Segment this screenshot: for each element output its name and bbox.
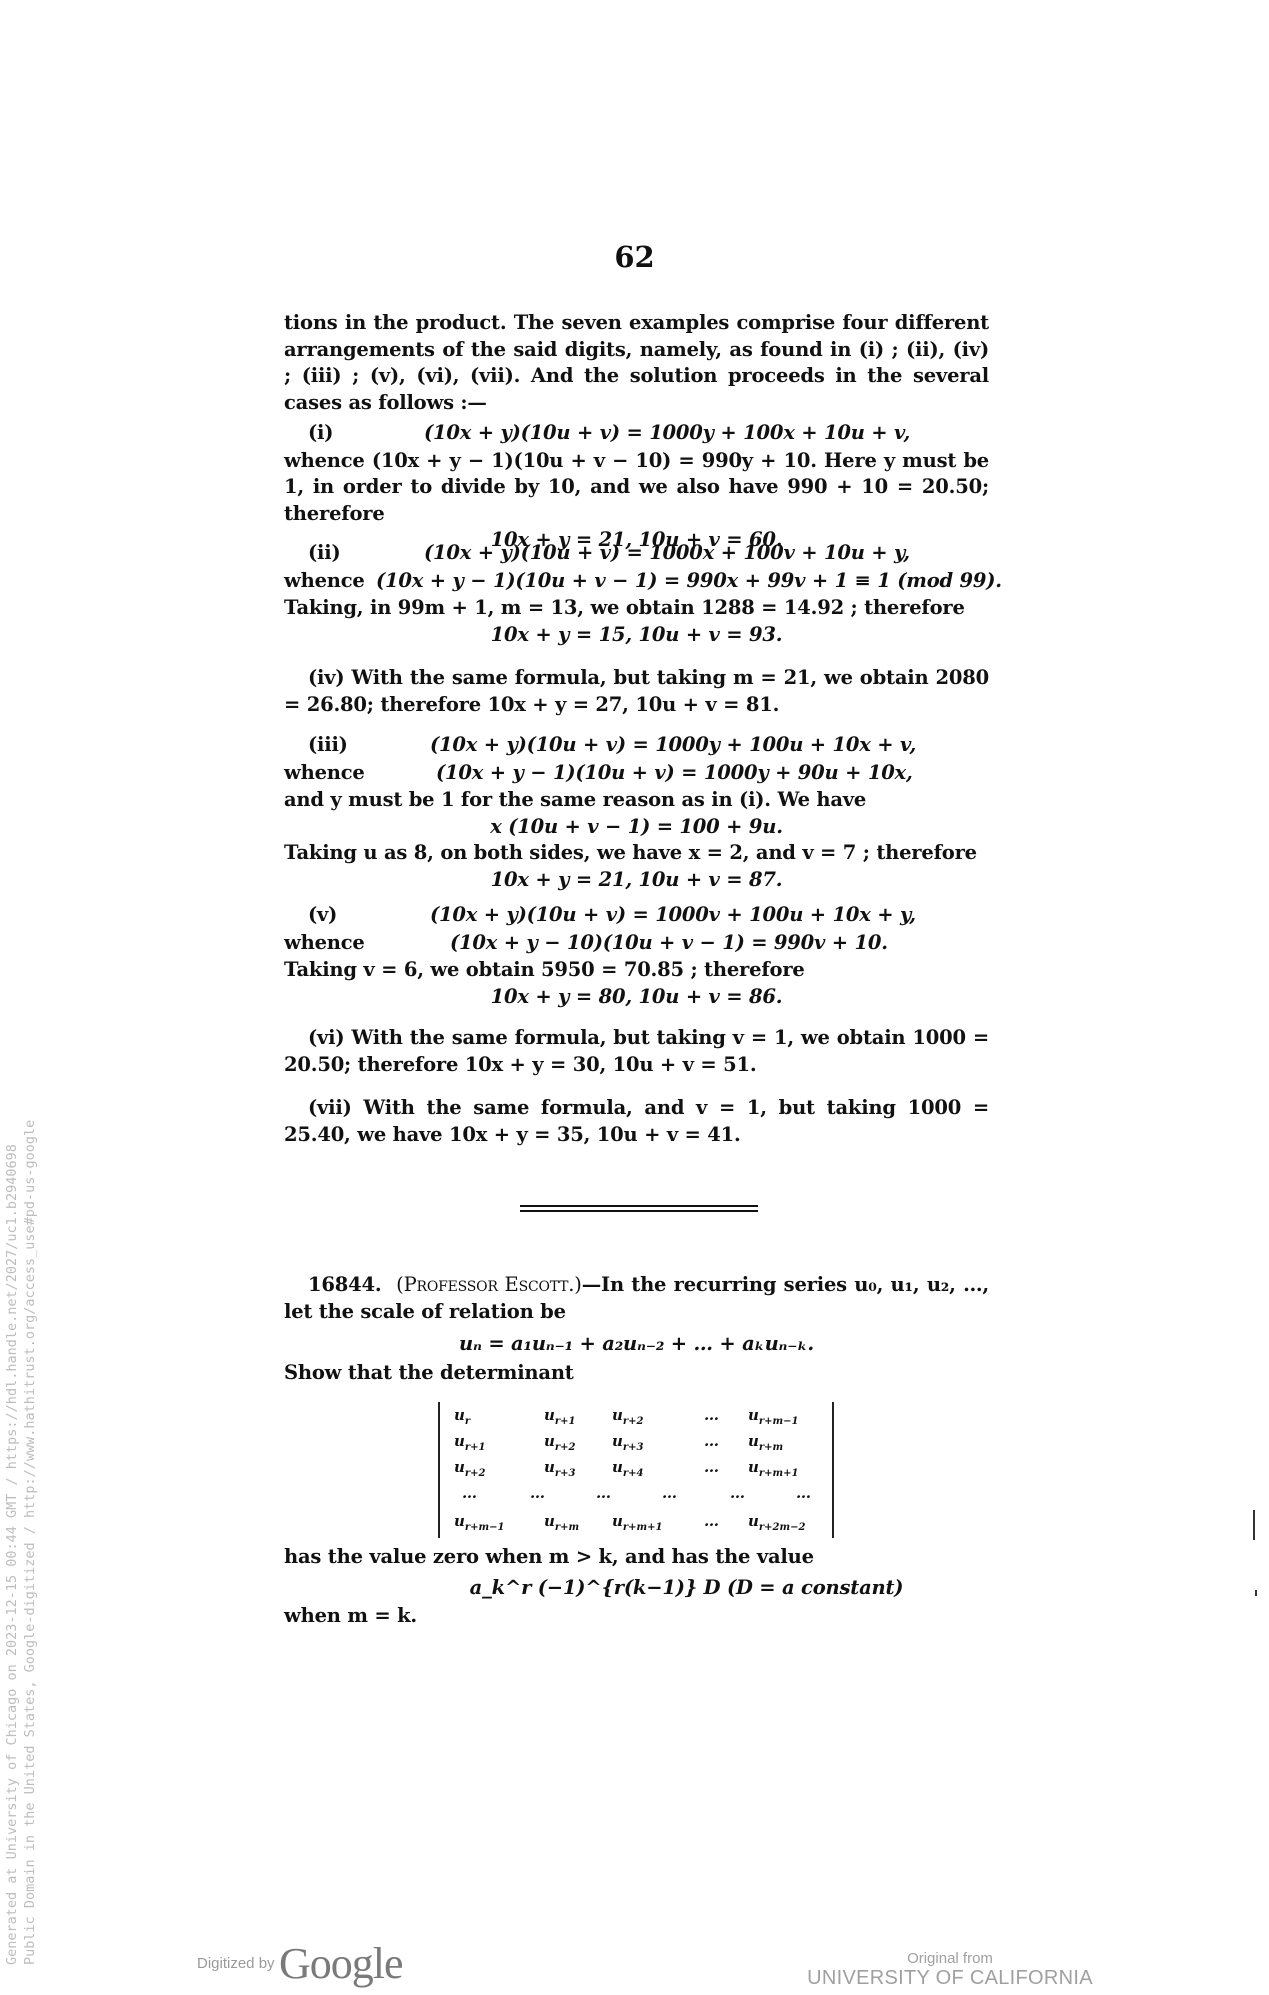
intro-paragraph: tions in the product. The seven examples…	[284, 310, 989, 416]
problem-statement: 16844. (Professor Escott.)—In the recurr…	[284, 1272, 989, 1325]
determinant-value: a_k^r (−1)^{r(k−1)} D (D = a constant)	[284, 1575, 989, 1602]
google-digitized-logo: Digitized by Google	[197, 1938, 403, 1989]
problem-after-text: has the value zero when m > k, and has t…	[284, 1544, 989, 1571]
page-number: 62	[0, 240, 1269, 274]
determinant-row: ur+1 ur+2 ur+3 … ur+m	[440, 1432, 832, 1456]
case-iv: (iv) With the same formula, but taking m…	[284, 665, 989, 718]
case-ii-whence: whence	[284, 568, 365, 595]
case-ii-whence-equation: (10x + y − 1)(10u + v − 1) = 990x + 99v …	[376, 568, 1002, 595]
separator-rule-top	[520, 1205, 758, 1207]
watermark-line-1: Generated at University of Chicago on 20…	[4, 1144, 20, 1965]
separator-rule-bottom	[520, 1210, 758, 1212]
case-v-label: (v)	[308, 902, 337, 929]
problem-number: 16844.	[308, 1273, 381, 1296]
case-iii-text: and y must be 1 for the same reason as i…	[284, 787, 989, 814]
digitized-by-label: Digitized by	[197, 1955, 275, 1972]
case-ii-text: Taking, in 99m + 1, m = 13, we obtain 12…	[284, 595, 989, 622]
show-that: Show that the determinant	[284, 1360, 989, 1387]
case-v-whence-equation: (10x + y − 10)(10u + v − 1) = 990v + 10.	[450, 930, 888, 957]
determinant: ur ur+1 ur+2 … ur+m−1 ur+1 ur+2 ur+3 … u…	[438, 1402, 834, 1538]
problem-text: —In the recurring series u₀, u₁, u₂, …, …	[284, 1273, 989, 1323]
intro-text: tions in the product. The seven examples…	[284, 310, 989, 416]
case-ii-label: (ii)	[308, 540, 340, 567]
case-iv-text: (iv) With the same formula, but taking m…	[284, 665, 989, 718]
case-iii-text-2: Taking u as 8, on both sides, we have x …	[284, 840, 989, 867]
case-v-equation: (10x + y)(10u + v) = 1000v + 100u + 10x …	[430, 902, 916, 929]
case-iii-whence-equation: (10x + y − 1)(10u + v) = 1000y + 90u + 1…	[436, 760, 913, 787]
university-label: UNIVERSITY OF CALIFORNIA	[800, 1967, 1100, 1990]
problem-16844: 16844. (Professor Escott.)—In the recurr…	[284, 1272, 989, 1386]
case-iii-result: 10x + y = 21, 10u + v = 87.	[284, 867, 989, 894]
case-v-text: Taking v = 6, we obtain 5950 = 70.85 ; t…	[284, 957, 989, 984]
problem-when: when m = k.	[284, 1603, 989, 1630]
case-iii-label: (iii)	[308, 732, 348, 759]
case-ii-equation: (10x + y)(10u + v) = 1000x + 100v + 10u …	[424, 540, 910, 567]
case-vi: (vi) With the same formula, but taking v…	[284, 1025, 989, 1078]
case-ii-result: 10x + y = 15, 10u + v = 93.	[284, 622, 989, 649]
case-v: (v) (10x + y)(10u + v) = 1000v + 100u + …	[284, 902, 989, 1010]
case-ii: (ii) (10x + y)(10u + v) = 1000x + 100v +…	[284, 540, 989, 648]
original-from-block: Original from UNIVERSITY OF CALIFORNIA	[800, 1950, 1100, 1990]
determinant-row: ur ur+1 ur+2 … ur+m−1	[440, 1406, 832, 1430]
determinant-row: ur+2 ur+3 ur+4 … ur+m+1	[440, 1458, 832, 1482]
case-iii-whence: whence	[284, 760, 365, 787]
case-iii: (iii) (10x + y)(10u + v) = 1000y + 100u …	[284, 732, 989, 893]
scale-of-relation: uₙ = a₁uₙ₋₁ + a₂uₙ₋₂ + … + aₖuₙ₋ₖ.	[284, 1331, 989, 1358]
case-i: (i) (10x + y)(10u + v) = 1000y + 100x + …	[284, 420, 989, 554]
original-from-label: Original from	[800, 1950, 1100, 1967]
problem-conclusion: has the value zero when m > k, and has t…	[284, 1544, 989, 1630]
case-vii-text: (vii) With the same formula, and v = 1, …	[284, 1095, 989, 1148]
case-vi-text: (vi) With the same formula, but taking v…	[284, 1025, 989, 1078]
case-iii-equation-2: x (10u + v − 1) = 100 + 9u.	[284, 814, 989, 841]
google-logo: Google	[279, 1939, 403, 1988]
case-i-label: (i)	[308, 420, 333, 447]
scan-artifact	[1253, 1510, 1255, 1540]
case-vii: (vii) With the same formula, and v = 1, …	[284, 1095, 989, 1148]
case-iii-equation: (10x + y)(10u + v) = 1000y + 100u + 10x …	[430, 732, 916, 759]
scan-artifact	[1255, 1590, 1257, 1596]
case-i-text: whence (10x + y − 1)(10u + v − 10) = 990…	[284, 448, 989, 528]
determinant-row: … … … … … …	[440, 1484, 832, 1508]
determinant-row: ur+m−1 ur+m ur+m+1 … ur+2m−2	[440, 1512, 832, 1536]
case-i-equation: (10x + y)(10u + v) = 1000y + 100x + 10u …	[424, 420, 910, 447]
watermark-line-2: Public Domain in the United States, Goog…	[22, 1120, 38, 1965]
case-v-result: 10x + y = 80, 10u + v = 86.	[284, 984, 989, 1011]
case-v-whence: whence	[284, 930, 365, 957]
hathitrust-watermark: Generated at University of Chicago on 20…	[4, 965, 44, 1965]
problem-author: (Professor Escott.)	[396, 1273, 582, 1296]
